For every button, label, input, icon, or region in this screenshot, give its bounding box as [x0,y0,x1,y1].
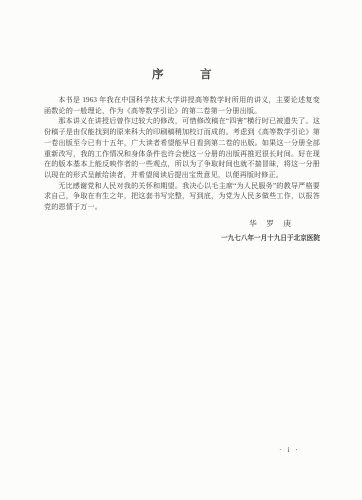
preface-body: 本书是 1963 年我在中国科学技术大学讲授高等数学时所用的讲义，主要论述复变函… [44,95,320,213]
document-page: 序 言 本书是 1963 年我在中国科学技术大学讲授高等数学时所用的讲义，主要论… [0,0,362,500]
paragraph-3: 无比感谢党和人民对我的关怀和期望。我决心以毛主席“为人民服务”的教导严格要求自己… [44,181,320,213]
paragraph-2: 那本讲义在讲授后曾作过较大的修改，可惜修改稿在“四害”横行时已被遗失了。这份稿子… [44,116,320,180]
paragraph-1: 本书是 1963 年我在中国科学技术大学讲授高等数学时所用的讲义，主要论述复变函… [44,95,320,116]
date-place-line: 一九七八年一月十九日于北京医院 [221,232,320,242]
page-title: 序 言 [44,66,320,82]
signature-inner: 华 罗 庚 一九七八年一月十九日于北京医院 [221,218,320,243]
author-signature: 华 罗 庚 [221,218,320,229]
signature-block: 华 罗 庚 一九七八年一月十九日于北京医院 [44,218,320,246]
page-number: · i · [279,445,300,454]
